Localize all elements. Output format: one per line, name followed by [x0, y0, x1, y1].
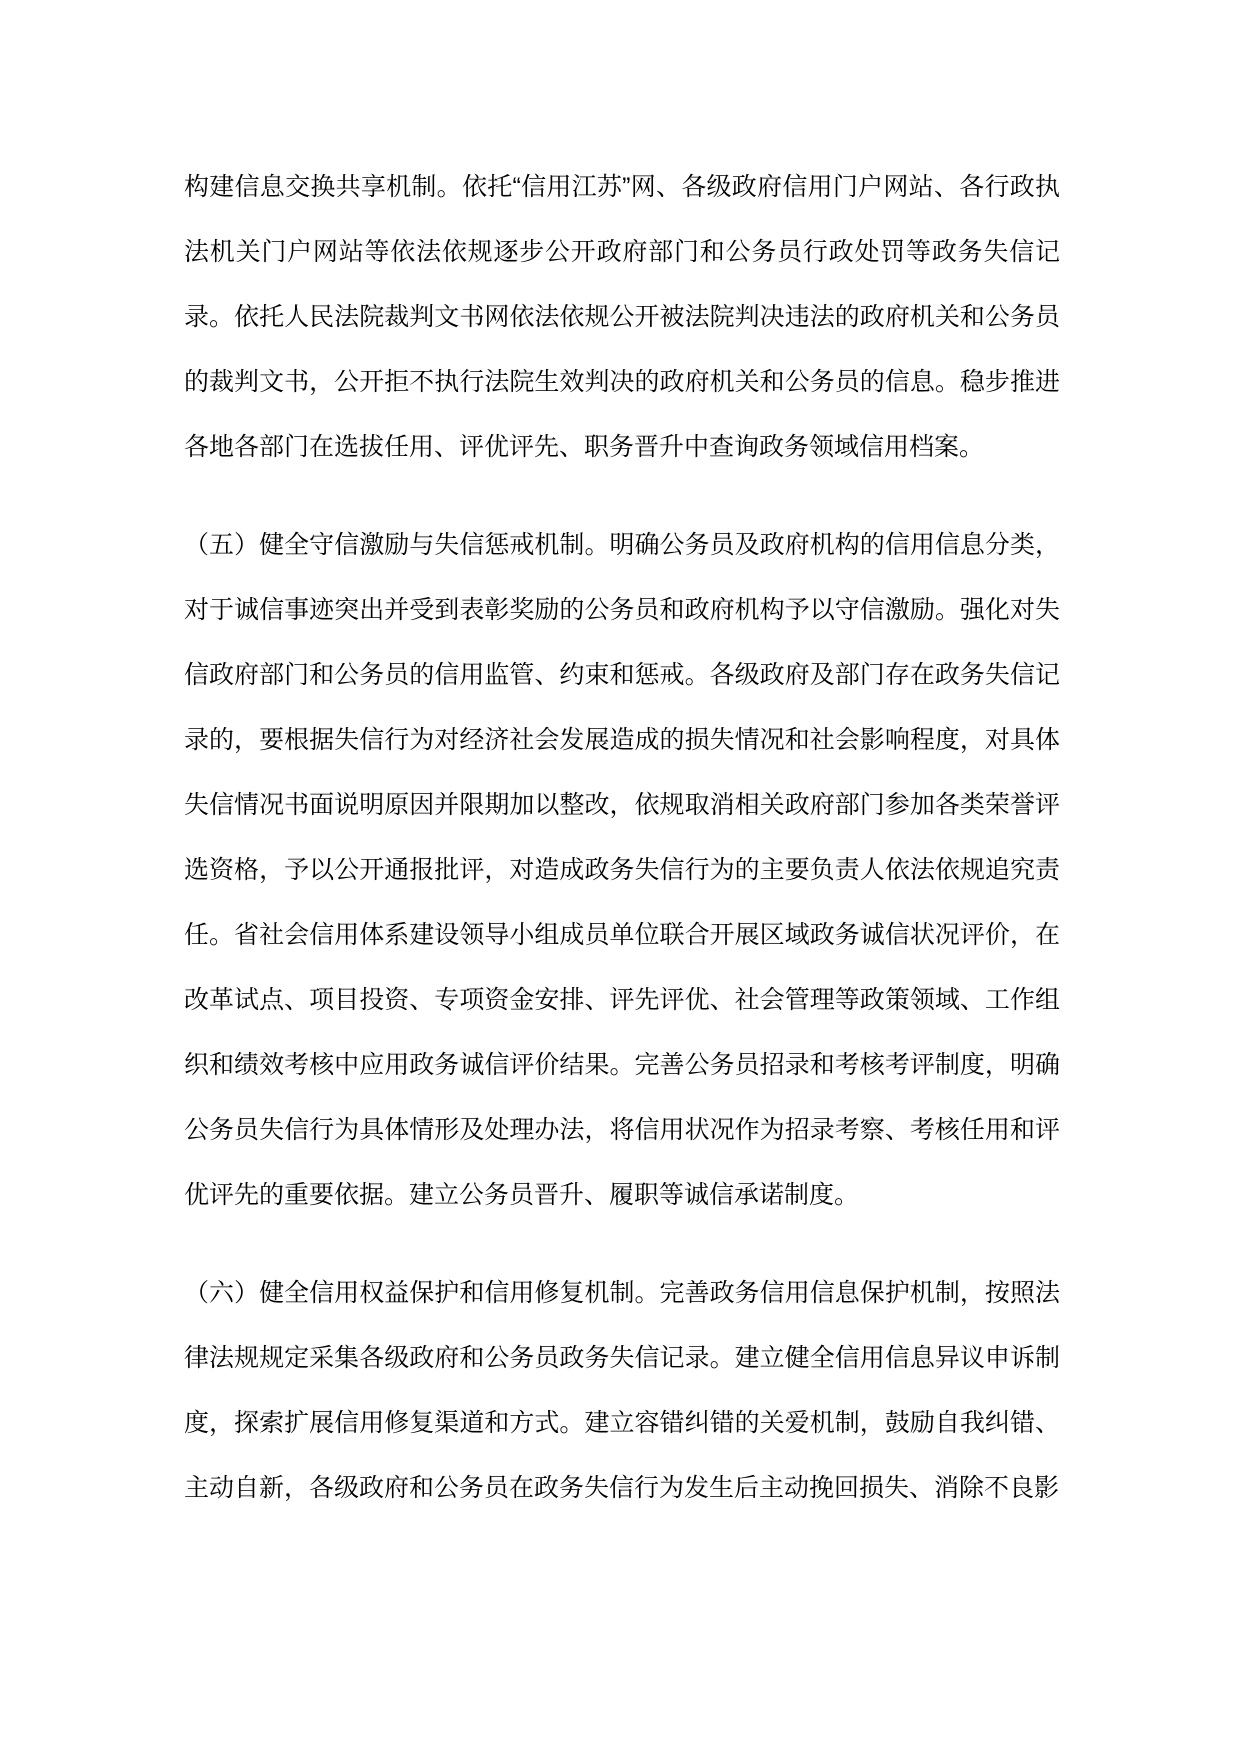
paragraph-item-six: （六）健全信用权益保护和信用修复机制。完善政务信用信息保护机制，按照法律法规规定… — [184, 1261, 1060, 1521]
paragraph-continuation: 构建信息交换共享机制。依托“信用江苏”网、各级政府信用门户网站、各行政执法机关门… — [184, 155, 1060, 480]
paragraph-item-five: （五）健全守信激励与失信惩戒机制。明确公务员及政府机构的信用信息分类，对于诚信事… — [184, 513, 1060, 1228]
document-page: 构建信息交换共享机制。依托“信用江苏”网、各级政府信用门户网站、各行政执法机关门… — [0, 0, 1241, 1754]
